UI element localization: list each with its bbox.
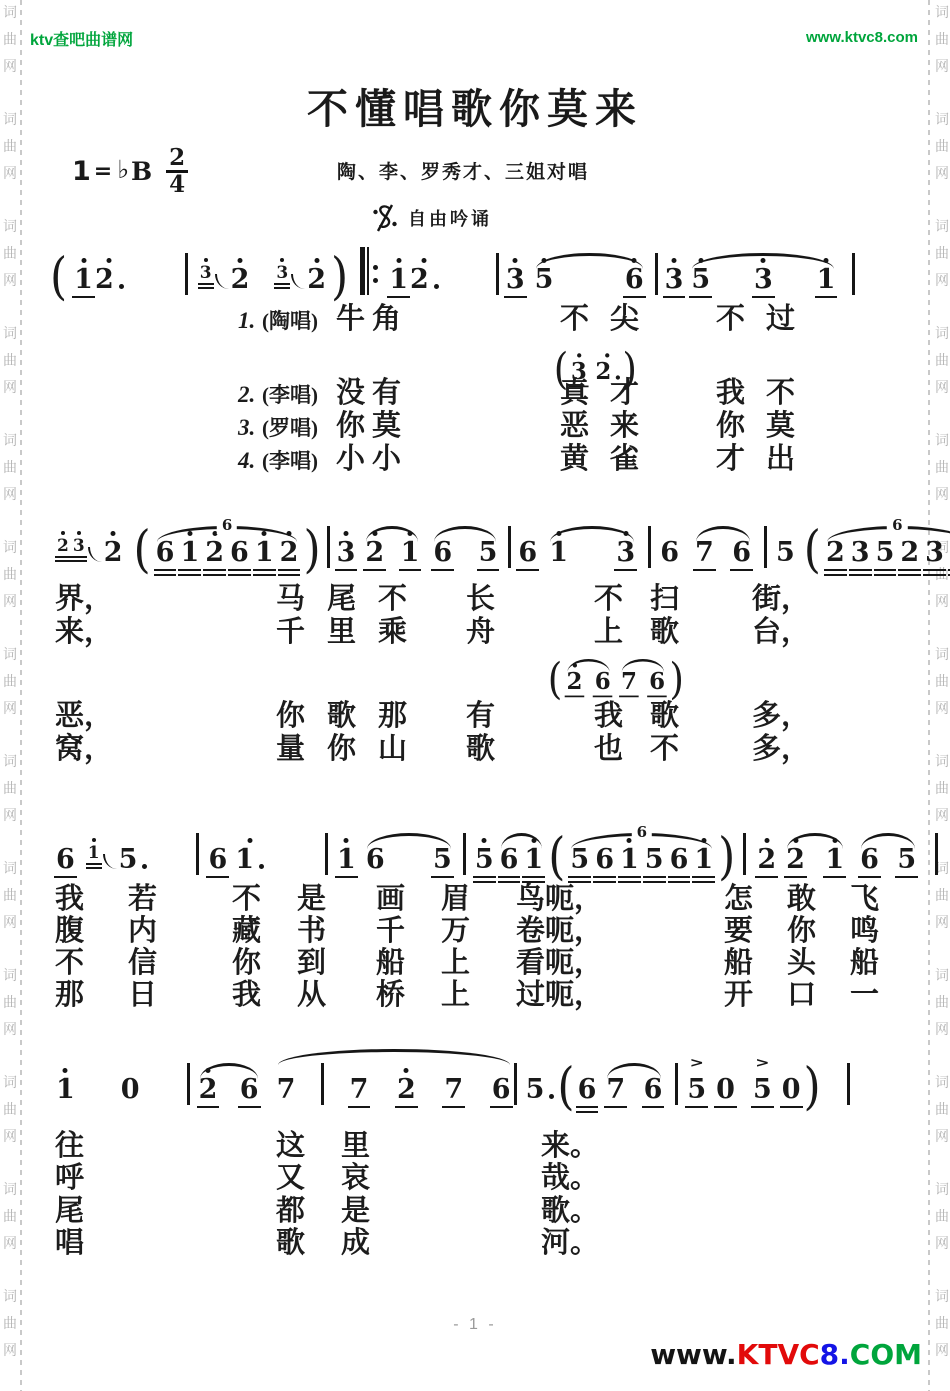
jianpu-note: 3 — [615, 540, 636, 566]
accent-mark: > — [690, 1055, 704, 1071]
jianpu-note: 3 — [336, 540, 357, 566]
jianpu-note: 2 — [204, 540, 225, 566]
note-digit: 2 — [900, 540, 919, 566]
watermark-gap — [933, 1044, 950, 1070]
thin-bar — [367, 247, 369, 295]
duration-underline — [178, 574, 201, 577]
watermark-char: 网 — [1, 268, 19, 295]
grace-note-group: 232 — [55, 538, 123, 570]
duration-underline — [431, 876, 454, 879]
jianpu-note: 2 — [364, 540, 385, 566]
key-tonic: 1 — [72, 156, 91, 187]
lyric-row: 界，马尾不长不扫街， — [0, 583, 950, 617]
duration-underline — [274, 287, 290, 290]
watermark-gap — [1, 1365, 19, 1391]
grace-notes: 3 — [198, 265, 214, 281]
watermark-char: 曲 — [1, 241, 19, 268]
jianpu-note: 7 — [620, 671, 638, 693]
music-system: 1026772765(6765>05>0) — [55, 1043, 850, 1107]
duration-underline — [643, 876, 666, 879]
watermark-char: 曲 — [933, 241, 950, 268]
note-digit: 6 — [644, 1077, 663, 1103]
jianpu-note: 1 — [73, 267, 94, 293]
note-digit: 6 — [240, 1077, 259, 1103]
watermark-char: 曲 — [933, 776, 950, 803]
duration-underline — [431, 569, 454, 572]
note-digit: 6 — [156, 540, 175, 566]
lyric-cell: 鸟呃， — [516, 883, 603, 915]
jianpu-note: 2 — [756, 847, 777, 873]
jianpu-note: 1 — [234, 847, 265, 873]
watermark-char: 曲 — [1, 1097, 19, 1124]
watermark-char: 曲 — [1, 134, 19, 161]
watermark-char: 词 — [1, 1070, 19, 1097]
duration-underline — [604, 1106, 627, 1109]
barline — [325, 833, 328, 875]
note-digit: 5 — [526, 1077, 545, 1103]
duration-underline — [623, 296, 646, 299]
parenthesis: ) — [303, 531, 320, 570]
meter-numerator: 2 — [169, 147, 185, 169]
jianpu-note: 2 — [306, 267, 327, 293]
slur-arc — [278, 1049, 510, 1065]
jianpu-note: 3 — [199, 265, 213, 281]
watermark-gap — [933, 1365, 950, 1391]
repeat-dots — [373, 265, 378, 283]
jianpu-note: 2 — [785, 847, 806, 873]
parenthesis: ( — [548, 663, 563, 696]
meter-denominator: 4 — [169, 174, 185, 196]
logo-segment[interactable]: . — [839, 1338, 850, 1371]
octave-dot — [556, 531, 561, 536]
jianpu-note: 1 — [824, 847, 845, 873]
song-title: 不懂唱歌你莫来 — [0, 76, 950, 135]
duration-underline — [490, 1106, 513, 1109]
parenthesis: ) — [804, 1068, 821, 1107]
lyric-cell: 2. — [238, 377, 255, 413]
jianpu-note: 5 — [896, 847, 917, 873]
jianpu-note: 2 — [396, 1077, 417, 1103]
jianpu-note: 5 — [525, 1077, 556, 1103]
note-digit: 7 — [695, 540, 714, 566]
jianpu-note: 6 — [648, 671, 666, 693]
lyric-cell: 千里乘 — [276, 616, 429, 648]
octave-dot — [482, 838, 487, 843]
note-digit: 6 — [625, 267, 644, 293]
duration-underline — [387, 296, 410, 299]
watermark-char: 网 — [1, 482, 19, 509]
octave-dot — [542, 258, 547, 263]
lyric-cell: 都是 — [276, 1195, 406, 1227]
key-equals: = — [94, 159, 112, 184]
watermark-char: 词 — [1, 1284, 19, 1311]
duration-underline — [197, 1106, 220, 1109]
lyric-cell: 没有 — [336, 377, 408, 409]
duration-underline — [71, 556, 87, 559]
octave-dot — [81, 258, 86, 263]
note-digit: 3 — [665, 267, 684, 293]
logo-segment[interactable]: COM — [850, 1338, 922, 1371]
jianpu-note: 2 — [566, 671, 584, 693]
slur-group: 21 — [783, 832, 847, 877]
jianpu-note: 0 — [715, 1077, 736, 1103]
note-digit: 6 — [595, 671, 611, 693]
note-digit: 3 — [754, 267, 773, 293]
jianpu-note: 1 — [400, 540, 421, 566]
lyric-row: 腹内藏书千万卷呃，要你鸣 — [0, 915, 950, 949]
barline — [463, 833, 466, 875]
lyric-cell: 台， — [752, 616, 810, 648]
jianpu-note: 2 — [198, 1077, 219, 1103]
jianpu-note: 5 — [432, 847, 453, 873]
octave-dot — [262, 531, 267, 536]
slur-group: 76 — [692, 525, 754, 570]
note-digit: 2 — [786, 847, 805, 873]
lyric-row: 1.(陶唱)牛角不尖不过 — [0, 303, 950, 337]
duration-underline — [278, 574, 301, 577]
note-digit: 5 — [691, 267, 710, 293]
augmentation-dot — [259, 864, 264, 869]
duration-underline — [363, 569, 386, 572]
duration-underline — [274, 283, 290, 286]
octave-dot — [632, 258, 637, 263]
duration-underline — [71, 560, 87, 563]
jianpu-note: 7 — [349, 1077, 370, 1103]
watermark-char: 曲 — [933, 669, 950, 696]
logo-segment[interactable]: www. — [650, 1338, 736, 1371]
duration-underline — [498, 876, 521, 879]
jianpu-note: 5 — [690, 267, 711, 293]
jianpu-note: 5 — [118, 847, 149, 873]
lyric-cell: (李唱) — [262, 377, 318, 414]
jianpu-note: 6 — [155, 540, 176, 566]
note-digit: 3 — [925, 540, 944, 566]
music-system: 232(6612612)321656136765(6235235) — [55, 506, 950, 570]
note-digit: 1 — [620, 847, 639, 873]
lyric-cell: 歌成 — [276, 1227, 406, 1259]
octave-dot — [764, 838, 769, 843]
note-digit: 5 — [753, 1077, 772, 1103]
duration-underline — [576, 1111, 599, 1114]
note-digit: 1 — [337, 847, 356, 873]
jianpu-note: 7 — [276, 1077, 297, 1103]
octave-dot — [107, 258, 112, 263]
duration-underline — [335, 569, 358, 572]
jianpu-note: 6 — [229, 540, 250, 566]
jianpu-note: 6 — [594, 847, 615, 873]
duration-underline — [824, 574, 847, 577]
slur-group: 531 — [688, 252, 838, 297]
lyric-cell: 真才 — [560, 377, 660, 409]
note-digit: 7 — [350, 1077, 369, 1103]
site-url-right[interactable]: www.ktvc8.com — [806, 29, 918, 46]
lyric-cell: 也不 — [594, 733, 706, 765]
jianpu-note: 3 — [664, 267, 685, 293]
inserted-figure: (2676) — [546, 642, 686, 696]
lyric-cell: 4. — [238, 443, 255, 479]
lyric-cell: 不尖 — [560, 303, 660, 335]
watermark-gap — [933, 1258, 950, 1284]
duration-underline — [55, 556, 71, 559]
octave-dot — [823, 258, 828, 263]
lyric-cell: 船头船 — [724, 947, 913, 979]
note-digit: 3 — [200, 265, 212, 281]
note-digit: 6 — [670, 847, 689, 873]
duration-underline — [442, 1106, 465, 1109]
thick-bar — [360, 247, 365, 295]
note-digit: 5 — [687, 1077, 706, 1103]
jianpu-note: 6 — [624, 267, 645, 293]
octave-dot — [92, 838, 96, 842]
tempo-expression-block: 自由吟诵 — [372, 203, 492, 233]
note-digit: 7 — [621, 671, 637, 693]
lyric-row: 呼又哀哉。 — [0, 1162, 950, 1196]
watermark-char: 词 — [933, 0, 950, 27]
jianpu-note: 1 — [548, 540, 569, 566]
barline — [655, 253, 658, 295]
site-name-left[interactable]: ktv查吧曲谱网 — [30, 27, 133, 50]
duration-underline — [504, 296, 527, 299]
note-digit: 0 — [716, 1077, 735, 1103]
parenthesis: ( — [133, 531, 150, 570]
note-digit: 1 — [74, 267, 93, 293]
duration-underline — [780, 1106, 803, 1109]
music-system: 61561165561(6561561)22165 — [55, 813, 938, 877]
barline — [196, 833, 199, 875]
watermark-char: 曲 — [933, 27, 950, 54]
watermark-char: 网 — [1, 1338, 19, 1365]
note-digit: 5 — [119, 847, 138, 873]
lyric-cell: 哉。 — [541, 1162, 599, 1194]
note-digit: 7 — [277, 1077, 296, 1103]
note-digit: 6 — [230, 540, 249, 566]
octave-dot — [672, 258, 677, 263]
note-digit: 6 — [732, 540, 751, 566]
duration-underline — [399, 569, 422, 572]
octave-dot — [372, 531, 377, 536]
parenthesis: ) — [331, 258, 348, 297]
slur-group: 65 — [363, 832, 455, 877]
octave-dot — [77, 531, 81, 535]
jianpu-note: 3 — [753, 267, 774, 293]
jianpu-note: 1 — [87, 845, 101, 861]
duration-underline — [784, 876, 807, 879]
duration-underline — [593, 876, 616, 879]
note-digit: 6 — [500, 847, 519, 873]
watermark-char: 曲 — [1, 669, 19, 696]
slur-group: 61 — [497, 832, 547, 877]
duration-underline — [849, 569, 872, 572]
jianpu-note: 5 — [478, 540, 499, 566]
slur-group: 6612612 — [153, 525, 302, 570]
duration-underline — [86, 863, 102, 866]
lyric-cell: 藏书 — [232, 915, 362, 947]
note-digit: 1 — [56, 1077, 75, 1103]
octave-dot — [238, 258, 243, 263]
barline — [496, 253, 499, 295]
watermark-char: 网 — [1, 161, 19, 188]
octave-dot — [344, 531, 349, 536]
jianpu-note: 2 — [94, 267, 125, 293]
watermark-gap — [1, 509, 19, 535]
lyric-cell: 才出 — [716, 443, 816, 475]
dot — [373, 278, 378, 283]
lyric-cell: 你到 — [232, 947, 362, 979]
octave-dot — [832, 838, 837, 843]
slur-group: 56 — [532, 252, 647, 297]
watermark-char: 网 — [933, 1338, 950, 1365]
jianpu-note: 2 — [825, 540, 846, 566]
lyric-cell: 那日 — [55, 979, 201, 1011]
watermark-char: 网 — [1, 1017, 19, 1044]
watermark-char: 词 — [1, 0, 19, 27]
lyric-cell: 你歌那 — [276, 700, 429, 732]
jianpu-note: 5 — [534, 267, 555, 293]
duration-underline — [335, 876, 358, 879]
octave-dot — [396, 258, 401, 263]
duration-underline — [752, 296, 775, 299]
watermark-char: 词 — [1, 214, 19, 241]
watermark-char: 曲 — [1, 27, 19, 54]
jianpu-note: 2 — [230, 267, 251, 293]
slur-group: 65 — [857, 832, 919, 877]
lyric-cell: 有 — [466, 700, 495, 732]
time-signature: 2 4 — [166, 147, 188, 196]
jianpu-note: 5 — [474, 847, 495, 873]
duration-underline — [824, 569, 847, 572]
lyric-row: 来，千里乘舟上歌台， — [0, 616, 950, 650]
lyric-cell: (罗唱) — [262, 410, 318, 447]
duration-underline — [849, 574, 872, 577]
watermark-char: 网 — [933, 482, 950, 509]
duration-underline — [154, 569, 177, 572]
note-digit: 6 — [208, 847, 227, 873]
jianpu-note: 2 — [56, 538, 70, 554]
barline — [508, 526, 511, 568]
sheet-music-page: 词曲网词曲网词曲网词曲网词曲网词曲网词曲网词曲网词曲网词曲网词曲网词曲网词曲网 … — [0, 0, 950, 1391]
note-digit: 1 — [389, 267, 408, 293]
octave-dot — [187, 531, 192, 536]
duration-underline — [228, 569, 251, 572]
lyric-cell: 我歌 — [594, 700, 706, 732]
lyric-cell: 来。 — [541, 1130, 599, 1162]
lyric-cell: 又哀 — [276, 1162, 406, 1194]
duration-underline — [685, 1106, 708, 1109]
lyric-cell: 唱 — [55, 1227, 84, 1259]
duration-underline — [895, 876, 918, 879]
duration-underline — [228, 574, 251, 577]
lyric-cell: 腹内 — [55, 915, 201, 947]
octave-dot — [698, 258, 703, 263]
lyric-cell: 我不 — [716, 377, 816, 409]
duration-underline — [923, 569, 946, 572]
jianpu-note: 3 — [505, 267, 526, 293]
jianpu-note: 1 — [388, 267, 409, 293]
note-digit: 3 — [851, 540, 870, 566]
lyric-cell: 不信 — [55, 947, 201, 979]
duration-underline — [668, 876, 691, 879]
duration-underline — [253, 574, 276, 577]
watermark-char: 曲 — [933, 1097, 950, 1124]
jianpu-note: 2 — [279, 540, 300, 566]
lyric-cell: 要你鸣 — [724, 915, 913, 947]
lyric-cell: 马尾不 — [276, 583, 429, 615]
jianpu-note: 6 — [594, 671, 612, 693]
lyric-cell: 恶， — [55, 700, 113, 732]
tuplet-number: 6 — [217, 516, 237, 534]
grace-slur — [88, 547, 102, 562]
jianpu-note: 1 — [55, 1077, 76, 1103]
watermark-char: 网 — [933, 1017, 950, 1044]
slur-group: 77276 — [274, 1048, 514, 1107]
jianpu-note: 5> — [752, 1077, 773, 1103]
logo-segment[interactable]: KTVC — [737, 1338, 820, 1371]
lyric-cell: 开口一 — [724, 979, 913, 1011]
lyric-cell: (李唱) — [262, 443, 318, 480]
duration-underline — [692, 876, 715, 879]
duration-underline — [874, 569, 897, 572]
augmentation-dot — [142, 864, 147, 869]
jianpu-note: 6 — [491, 1077, 512, 1103]
jianpu-note: 7 — [443, 1077, 464, 1103]
lyric-cell: 多， — [752, 700, 810, 732]
octave-dot — [344, 838, 349, 843]
note-digit: 6 — [492, 1077, 511, 1103]
duration-underline — [642, 1106, 665, 1109]
jianpu-note: 6 — [643, 1077, 664, 1103]
note-digit: 2 — [280, 540, 299, 566]
jianpu-note: 1 — [693, 847, 714, 873]
duration-underline — [238, 1106, 261, 1109]
note-digit: 1 — [88, 845, 100, 861]
duration-underline — [714, 1106, 737, 1109]
lyric-cell: 你莫 — [716, 410, 816, 442]
site-logo[interactable]: www.KTVC8.COM — [650, 1338, 922, 1371]
note-digit: 6 — [433, 540, 452, 566]
note-digit: 2 — [307, 267, 326, 293]
jianpu-note: 6 — [365, 847, 386, 873]
duration-underline — [874, 574, 897, 577]
duration-underline — [618, 876, 641, 879]
watermark-gap — [1, 1044, 19, 1070]
duration-underline — [516, 569, 539, 572]
barline — [743, 833, 746, 875]
watermark-char: 词 — [933, 214, 950, 241]
slur-group: 21 — [362, 525, 422, 570]
lyric-row: 2.(李唱)没有真才我不 — [0, 377, 950, 411]
logo-segment[interactable]: 8 — [820, 1338, 839, 1371]
lyric-cell: 这里 — [276, 1130, 406, 1162]
slur-group: 6235235 — [823, 525, 950, 570]
lyric-cell: 恶来 — [560, 410, 660, 442]
watermark-char: 词 — [1, 535, 19, 562]
duration-underline — [178, 569, 201, 572]
jianpu-note: 2 — [103, 540, 124, 566]
jianpu-note: 1 — [254, 540, 275, 566]
note-digit: 5 — [479, 540, 498, 566]
lyric-row: 不信你到船上看呃，船头船 — [0, 947, 950, 981]
lyric-row: 我若不是画眉鸟呃，怎敢飞 — [0, 883, 950, 917]
duration-underline — [663, 296, 686, 299]
note-digit: 5 — [535, 267, 554, 293]
octave-dot — [761, 258, 766, 263]
note-digit: 6 — [578, 1077, 597, 1103]
note-digit: 7 — [606, 1077, 625, 1103]
barline — [321, 1063, 324, 1105]
lyric-cell: 长 — [466, 583, 495, 615]
octave-dot — [205, 1068, 210, 1073]
note-digit: 2 — [397, 1077, 416, 1103]
